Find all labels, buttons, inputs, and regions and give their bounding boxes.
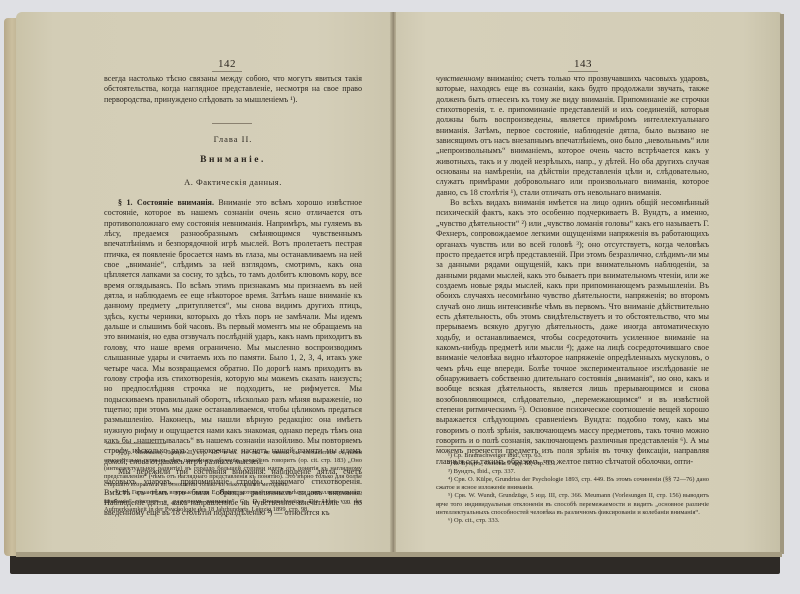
paragraph: Во всѣхъ видахъ вниманія имѣется на лицо… [436,198,709,467]
right-page: 143 чувственному вниманію; счетъ только … [396,12,782,556]
chapter-title: Вниманіе. [104,155,362,165]
footnote: ³) Вундтъ, Ibid., стр. 337. [436,468,709,476]
opening-paragraph: всегда настолько тѣсно связаны между соб… [104,74,362,105]
paragraph-text: вниманію; счетъ только что прозвучавшихъ… [436,74,709,197]
footnote: ²) Въ Германіи его впервые ввелъ E. Plat… [104,489,362,513]
footnote: ²) В. Вундтъ, Основы 5 изд. III, стр. 33… [436,460,709,468]
footnote-divider [436,446,508,447]
opening-text: всегда настолько тѣсно связаны между соб… [104,74,362,105]
chapter-number: Глава II. [104,134,362,144]
page-number-left: 142 [212,58,242,72]
footnote: ¹) Cp. Braunschweiger ibid., стр. 63. [436,452,709,460]
paragraph: § 1. Состояніе вниманія. Вниманіе это вс… [104,198,362,467]
section-title: А. Фактическія данныя. [104,177,362,187]
left-footnotes: ¹) Ср. Мейманъ, Лекціи II, стр. 187 и сл… [104,449,362,514]
paragraph: чувственному вниманію; счетъ только что … [436,74,709,198]
bottom-page-edge [16,552,782,557]
right-body-text: чувственному вниманію; счетъ только что … [436,74,709,467]
footnote: ⁴) Срв. O. Külpe, Grundriss der Psycholo… [436,476,709,492]
open-book: 142 всегда настолько тѣсно связаны между… [4,12,788,557]
chapter-divider [212,123,252,124]
footnote: ⁶) Op. cit., стр. 333. [436,517,709,525]
footnote: ⁵) Срв. W. Wundt, Grundzüge, 5 изд. III,… [436,492,709,516]
left-page: 142 всегда настолько тѣсно связаны между… [16,12,392,556]
footnote: ¹) Ср. Мейманъ, Лекціи II, стр. 187 и сл… [104,449,362,489]
footnote-divider [106,443,166,444]
right-page-edge [780,14,784,554]
right-footnotes: ¹) Cp. Braunschweiger ibid., стр. 63. ²)… [436,452,709,525]
italic-lead: чувственному [436,74,484,83]
paragraph-text: Вниманіе это всѣмъ хорошо извѣстное сост… [104,198,362,466]
page-number-right: 143 [568,58,598,72]
section-heading: § 1. Состояніе вниманія. [118,198,214,207]
